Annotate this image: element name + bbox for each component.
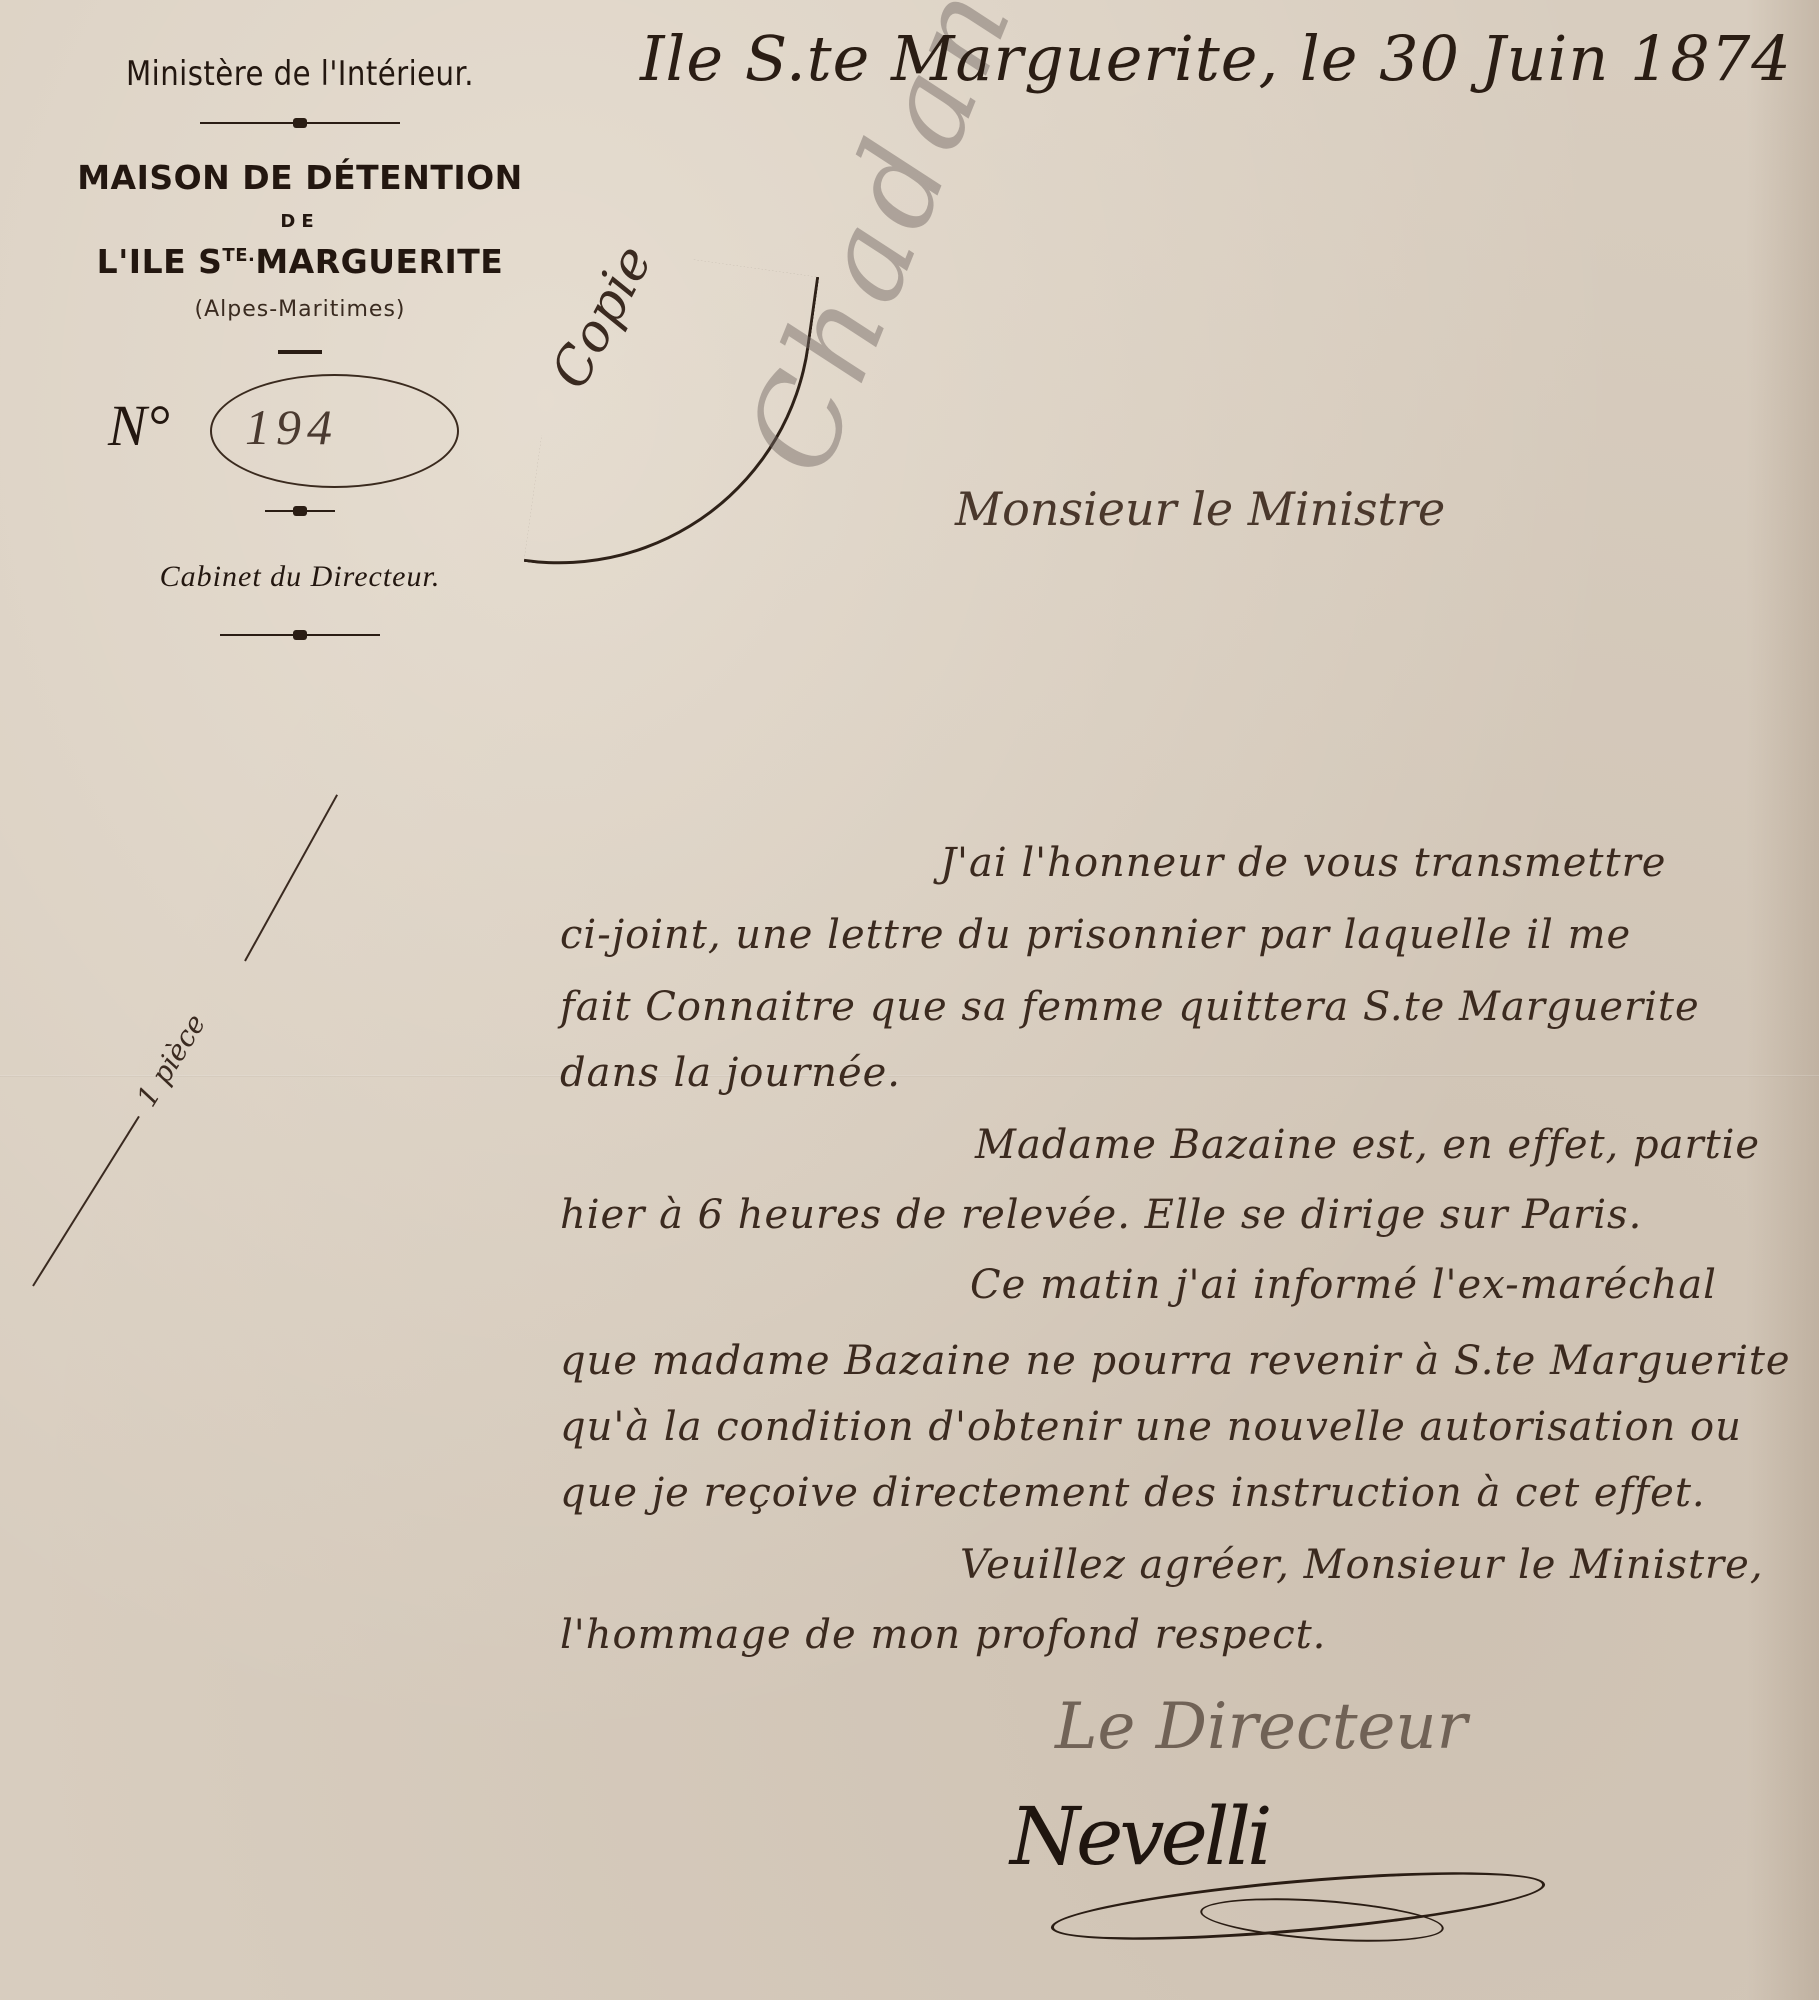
letter-line: Madame Bazaine est, en effet, partie (975, 1122, 1760, 1168)
letter-line: J'ai l'honneur de vous transmettre (940, 840, 1666, 886)
dateline: Ile S.te Marguerite, le 30 Juin 1874 (640, 22, 1792, 95)
number-label: N° (108, 392, 170, 459)
ministry-heading: Ministère de l'Intérieur. (76, 54, 523, 94)
ornament-divider (200, 122, 400, 124)
closing-title: Le Directeur (1055, 1690, 1467, 1764)
number-value: 194 (245, 398, 338, 456)
letterhead: Ministère de l'Intérieur. MAISON DE DÉTE… (40, 40, 560, 636)
location-sup: TE. (222, 245, 255, 266)
document-number: N° 194 (40, 370, 560, 490)
office-name: Cabinet du Directeur. (40, 560, 560, 594)
attachment-note: 1 pièce (130, 1008, 212, 1112)
institution-location: L'ILE STE.MARGUERITE (40, 242, 560, 281)
margin-slash-lower (32, 1116, 140, 1287)
letter-line: Veuillez agréer, Monsieur le Ministre, (960, 1542, 1764, 1588)
signature: Nevelli (1010, 1790, 1269, 1883)
paper-fold (0, 1075, 1819, 1077)
short-divider (278, 350, 322, 354)
ornament-divider-small (265, 510, 335, 512)
letter-line: l'hommage de mon profond respect. (560, 1612, 1326, 1658)
institution-name: MAISON DE DÉTENTION (40, 158, 560, 197)
letter-line: hier à 6 heures de relevée. Elle se diri… (560, 1192, 1642, 1238)
department: (Alpes-Maritimes) (40, 297, 560, 322)
letter-line: que madame Bazaine ne pourra revenir à S… (560, 1338, 1791, 1384)
location-prefix: L'ILE S (97, 242, 223, 281)
ornament-divider-bottom (220, 634, 380, 636)
letter-line: que je reçoive directement des instructi… (560, 1470, 1706, 1516)
letter-line: dans la journée. (560, 1050, 901, 1096)
letter-line: qu'à la condition d'obtenir une nouvelle… (560, 1404, 1742, 1450)
institution-de: DE (40, 211, 560, 232)
letter-line: ci-joint, une lettre du prisonnier par l… (560, 912, 1631, 958)
letter-line: fait Connaitre que sa femme quittera S.t… (560, 984, 1700, 1030)
letter-line: Ce matin j'ai informé l'ex-maréchal (970, 1262, 1717, 1308)
salutation: Monsieur le Ministre (955, 482, 1445, 536)
margin-slash-upper (244, 794, 338, 961)
location-suffix: MARGUERITE (255, 242, 503, 281)
